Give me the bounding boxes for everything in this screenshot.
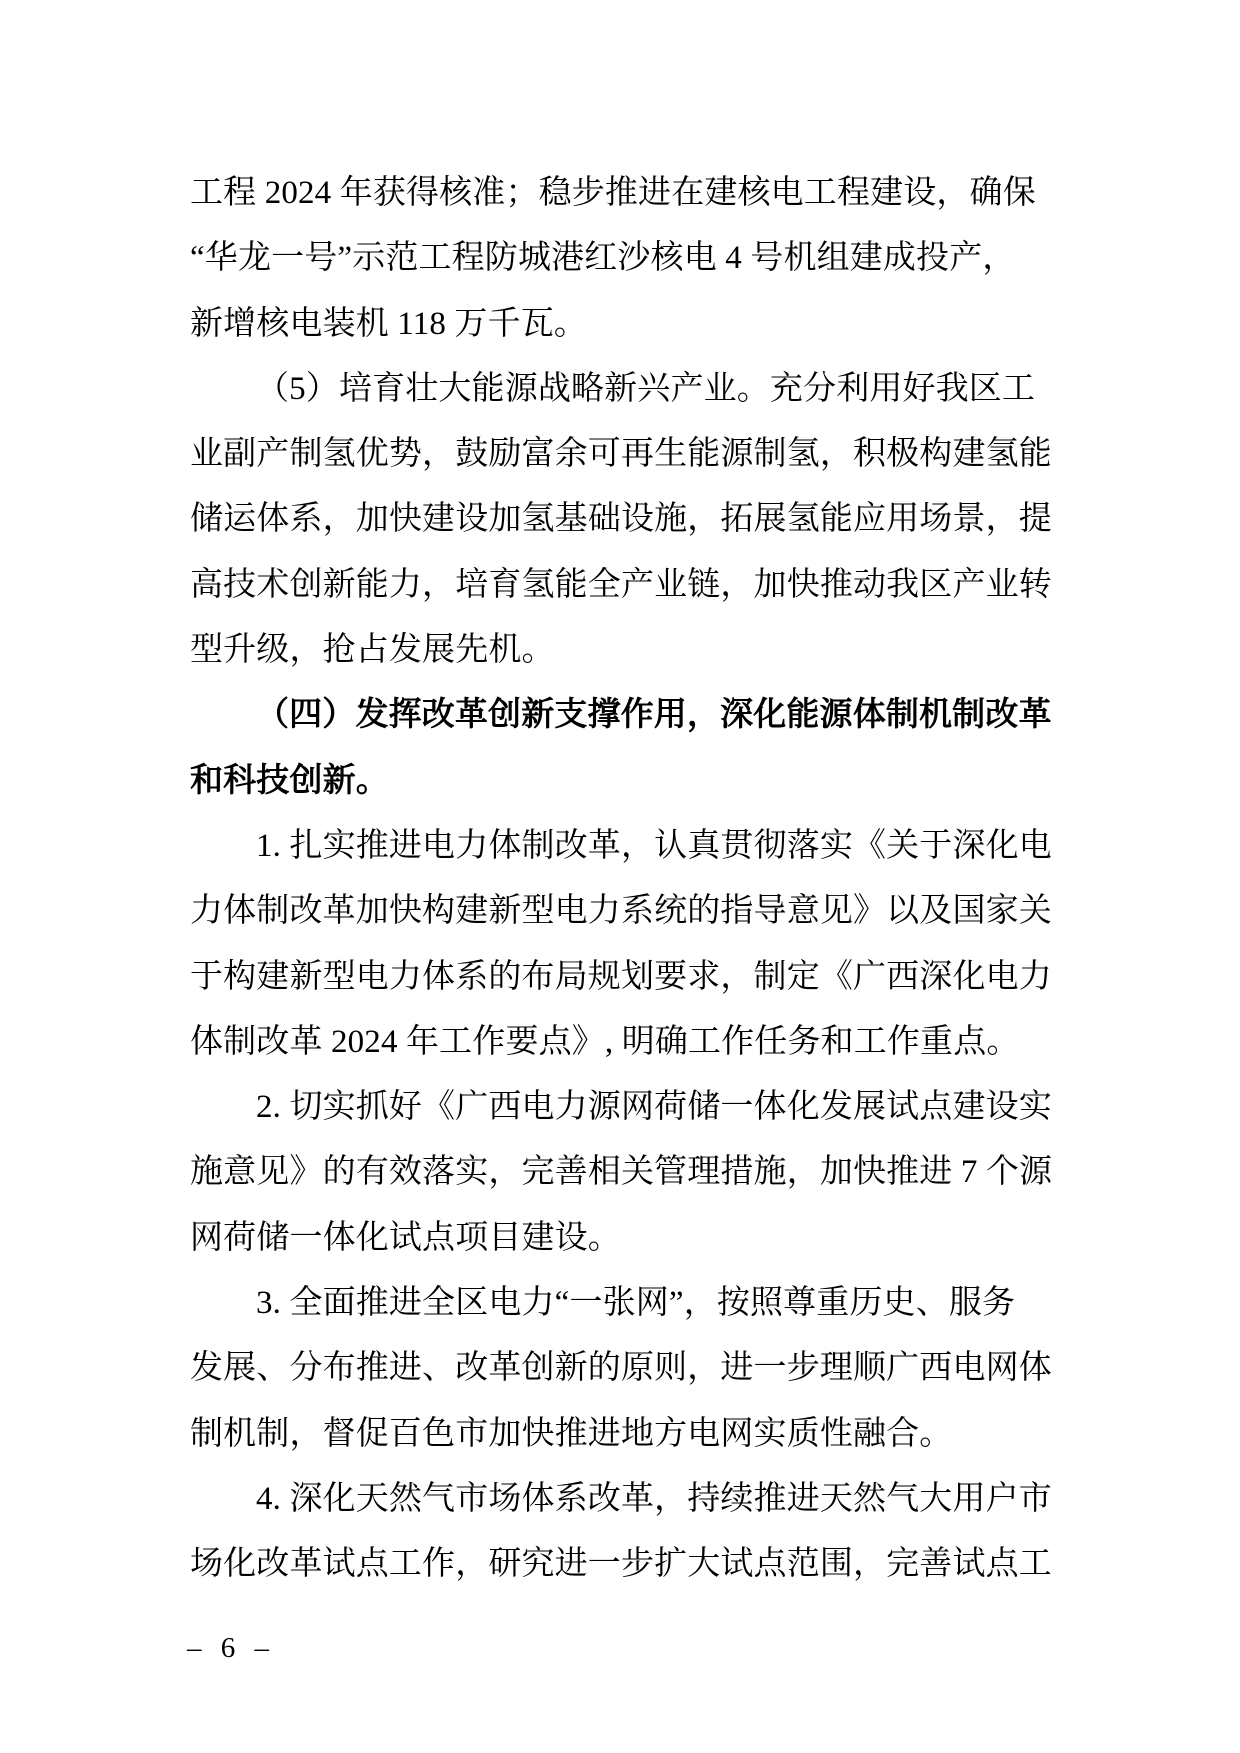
section-heading-line: （四）发挥改革创新支撑作用，深化能源体制机制改革	[190, 683, 1056, 748]
text-line: （5）培育壮大能源战略新兴产业。充分利用好我区工	[190, 357, 1056, 422]
text-line: 于构建新型电力体系的布局规划要求，制定《广西深化电力	[190, 945, 1056, 1010]
text-line: 高技术创新能力，培育氢能全产业链，加快推动我区产业转	[190, 553, 1056, 618]
text-line: 网荷储一体化试点项目建设。	[190, 1206, 1056, 1271]
text-line: 型升级，抢占发展先机。	[190, 618, 1056, 683]
text-line: 1. 扎实推进电力体制改革，认真贯彻落实《关于深化电	[190, 814, 1056, 879]
section-heading-line: 和科技创新。	[190, 749, 1056, 814]
document-body: 工程 2024 年获得核准；稳步推进在建核电工程建设，确保“华龙一号”示范工程防…	[190, 161, 1056, 1598]
text-line: 体制改革 2024 年工作要点》, 明确工作任务和工作重点。	[190, 1010, 1056, 1075]
text-line: 4. 深化天然气市场体系改革，持续推进天然气大用户市	[190, 1467, 1056, 1532]
text-line: 施意见》的有效落实，完善相关管理措施，加快推进 7 个源	[190, 1140, 1056, 1205]
text-line: 场化改革试点工作，研究进一步扩大试点范围，完善试点工	[190, 1532, 1056, 1597]
text-line: 新增核电装机 118 万千瓦。	[190, 292, 1056, 357]
text-line: 3. 全面推进全区电力“一张网”，按照尊重历史、服务	[190, 1271, 1056, 1336]
text-line: 工程 2024 年获得核准；稳步推进在建核电工程建设，确保	[190, 161, 1056, 226]
text-line: 力体制改革加快构建新型电力系统的指导意见》以及国家关	[190, 879, 1056, 944]
text-line: “华龙一号”示范工程防城港红沙核电 4 号机组建成投产，	[190, 226, 1056, 291]
page-number: – 6 –	[187, 1631, 272, 1665]
text-line: 发展、分布推进、改革创新的原则，进一步理顺广西电网体	[190, 1336, 1056, 1401]
document-page: 工程 2024 年获得核准；稳步推进在建核电工程建设，确保“华龙一号”示范工程防…	[0, 0, 1240, 1753]
text-line: 业副产制氢优势，鼓励富余可再生能源制氢，积极构建氢能	[190, 422, 1056, 487]
text-line: 制机制，督促百色市加快推进地方电网实质性融合。	[190, 1402, 1056, 1467]
text-line: 储运体系，加快建设加氢基础设施，拓展氢能应用场景，提	[190, 487, 1056, 552]
text-line: 2. 切实抓好《广西电力源网荷储一体化发展试点建设实	[190, 1075, 1056, 1140]
